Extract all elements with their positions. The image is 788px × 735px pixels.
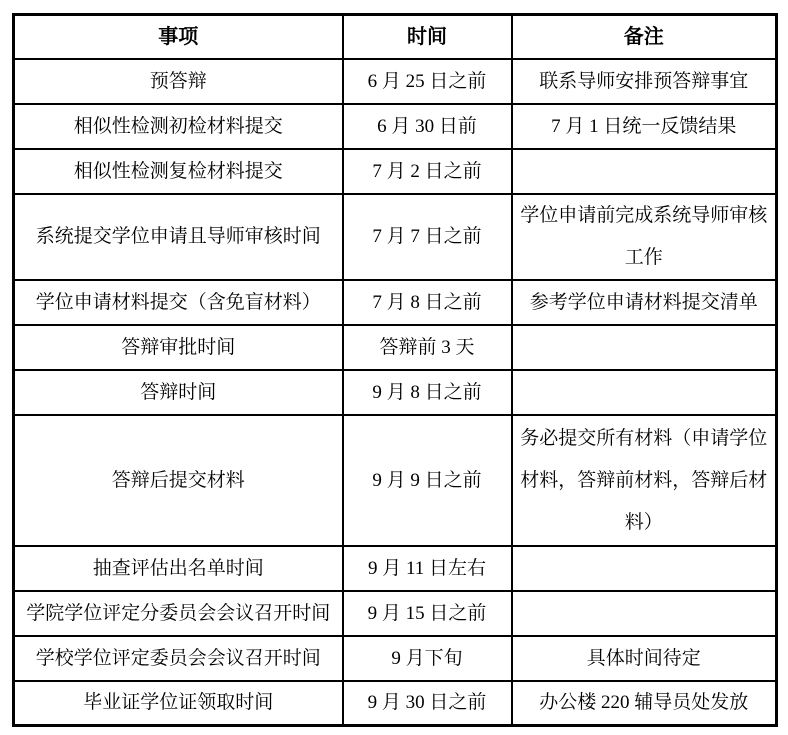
schedule-table-container: 事项 时间 备注 预答辩 6 月 25 日之前 联系导师安排预答辩事宜 相似性检… bbox=[12, 13, 778, 727]
column-header-item: 事项 bbox=[14, 15, 343, 60]
table-row: 答辩后提交材料 9 月 9 日之前 务必提交所有材料（申请学位 材料，答辩前材料… bbox=[14, 415, 777, 546]
table-row: 学院学位评定分委员会会议召开时间 9 月 15 日之前 bbox=[14, 591, 777, 636]
cell-time: 9 月下旬 bbox=[343, 636, 512, 681]
table-row: 学校学位评定委员会会议召开时间 9 月下旬 具体时间待定 bbox=[14, 636, 777, 681]
cell-item: 毕业证学位证领取时间 bbox=[14, 681, 343, 726]
cell-item: 答辩后提交材料 bbox=[14, 415, 343, 546]
cell-item: 答辩时间 bbox=[14, 370, 343, 415]
cell-item: 抽查评估出名单时间 bbox=[14, 546, 343, 591]
cell-note: 务必提交所有材料（申请学位 材料，答辩前材料，答辩后材 料） bbox=[512, 415, 777, 546]
column-header-note: 备注 bbox=[512, 15, 777, 60]
cell-item: 相似性检测复检材料提交 bbox=[14, 149, 343, 194]
column-header-time: 时间 bbox=[343, 15, 512, 60]
table-row: 系统提交学位申请且导师审核时间 7 月 7 日之前 学位申请前完成系统导师审核 … bbox=[14, 194, 777, 280]
table-row: 预答辩 6 月 25 日之前 联系导师安排预答辩事宜 bbox=[14, 59, 777, 104]
table-row: 毕业证学位证领取时间 9 月 30 日之前 办公楼 220 辅导员处发放 bbox=[14, 681, 777, 726]
cell-time: 9 月 30 日之前 bbox=[343, 681, 512, 726]
table-row: 相似性检测复检材料提交 7 月 2 日之前 bbox=[14, 149, 777, 194]
cell-note: 7 月 1 日统一反馈结果 bbox=[512, 104, 777, 149]
cell-item: 系统提交学位申请且导师审核时间 bbox=[14, 194, 343, 280]
table-row: 答辩审批时间 答辩前 3 天 bbox=[14, 325, 777, 370]
cell-note bbox=[512, 325, 777, 370]
header-row: 事项 时间 备注 bbox=[14, 15, 777, 60]
cell-time: 7 月 8 日之前 bbox=[343, 280, 512, 325]
cell-time: 6 月 25 日之前 bbox=[343, 59, 512, 104]
cell-note: 具体时间待定 bbox=[512, 636, 777, 681]
cell-note: 参考学位申请材料提交清单 bbox=[512, 280, 777, 325]
cell-item: 相似性检测初检材料提交 bbox=[14, 104, 343, 149]
cell-item: 答辩审批时间 bbox=[14, 325, 343, 370]
cell-time: 答辩前 3 天 bbox=[343, 325, 512, 370]
cell-note bbox=[512, 591, 777, 636]
cell-note bbox=[512, 149, 777, 194]
cell-time: 7 月 2 日之前 bbox=[343, 149, 512, 194]
cell-time: 9 月 9 日之前 bbox=[343, 415, 512, 546]
cell-note: 办公楼 220 辅导员处发放 bbox=[512, 681, 777, 726]
cell-item: 学位申请材料提交（含免盲材料） bbox=[14, 280, 343, 325]
cell-time: 6 月 30 日前 bbox=[343, 104, 512, 149]
cell-time: 9 月 15 日之前 bbox=[343, 591, 512, 636]
cell-time: 9 月 8 日之前 bbox=[343, 370, 512, 415]
table-row: 相似性检测初检材料提交 6 月 30 日前 7 月 1 日统一反馈结果 bbox=[14, 104, 777, 149]
schedule-table: 事项 时间 备注 预答辩 6 月 25 日之前 联系导师安排预答辩事宜 相似性检… bbox=[12, 13, 778, 727]
cell-note: 学位申请前完成系统导师审核 工作 bbox=[512, 194, 777, 280]
cell-note bbox=[512, 546, 777, 591]
cell-time: 9 月 11 日左右 bbox=[343, 546, 512, 591]
cell-item: 学校学位评定委员会会议召开时间 bbox=[14, 636, 343, 681]
cell-note: 联系导师安排预答辩事宜 bbox=[512, 59, 777, 104]
cell-item: 学院学位评定分委员会会议召开时间 bbox=[14, 591, 343, 636]
cell-time: 7 月 7 日之前 bbox=[343, 194, 512, 280]
table-row: 学位申请材料提交（含免盲材料） 7 月 8 日之前 参考学位申请材料提交清单 bbox=[14, 280, 777, 325]
cell-item: 预答辩 bbox=[14, 59, 343, 104]
table-row: 答辩时间 9 月 8 日之前 bbox=[14, 370, 777, 415]
table-row: 抽查评估出名单时间 9 月 11 日左右 bbox=[14, 546, 777, 591]
cell-note bbox=[512, 370, 777, 415]
